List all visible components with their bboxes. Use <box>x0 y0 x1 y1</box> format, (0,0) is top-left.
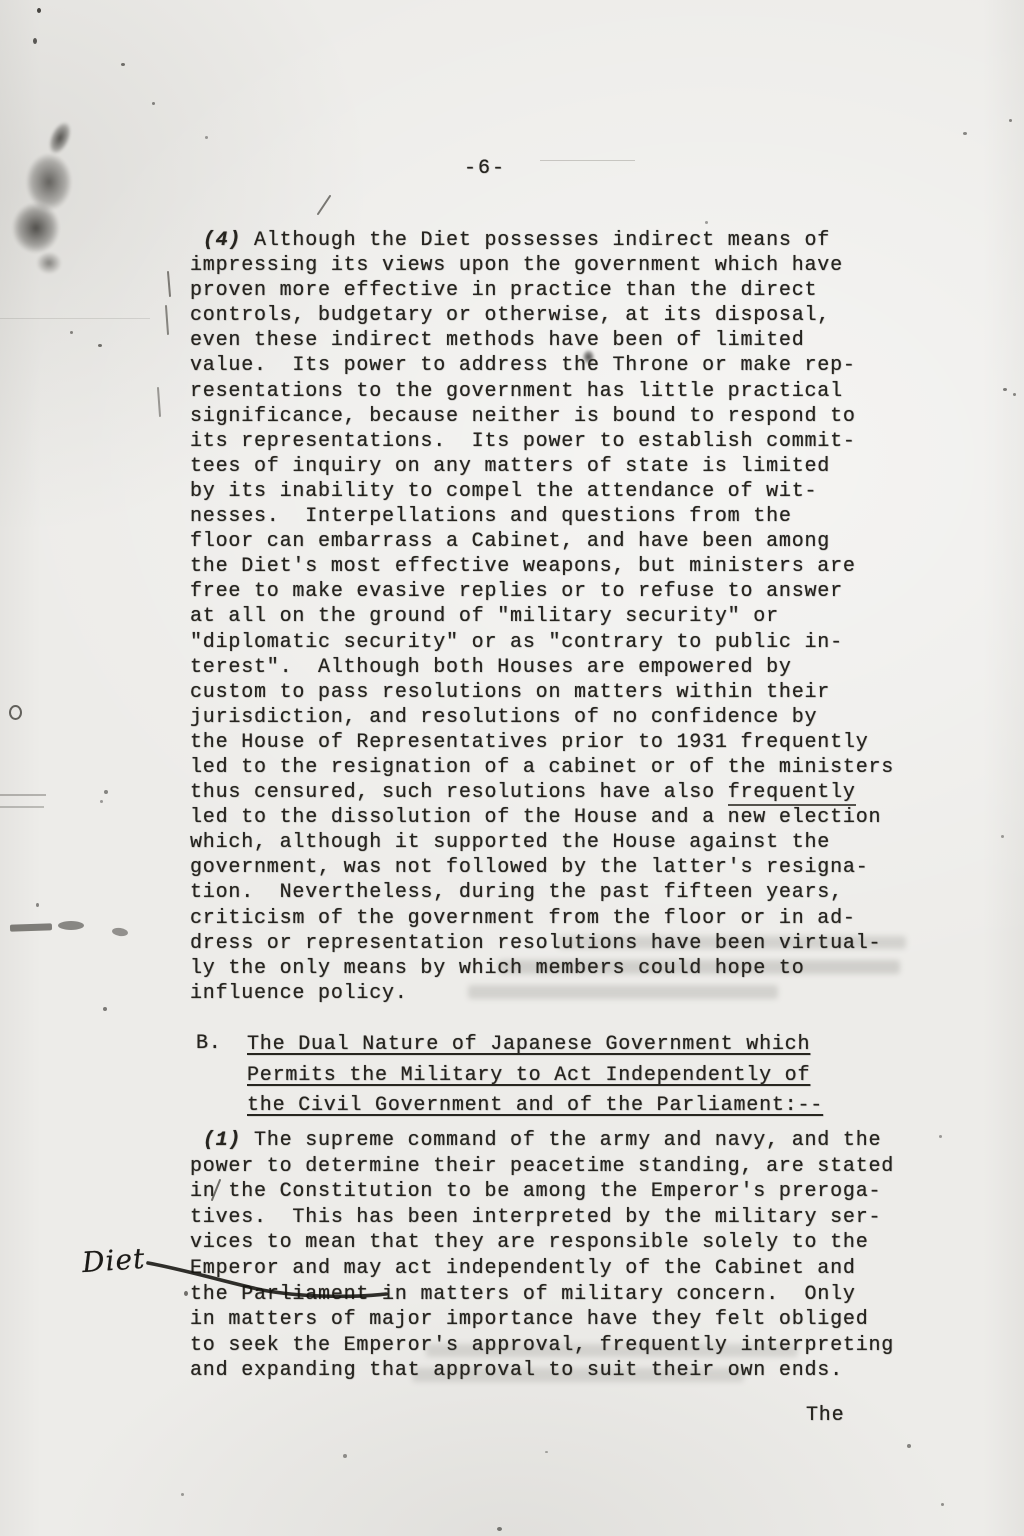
text-line: led to the dissolution of the House and … <box>190 805 894 830</box>
text-line: (1) The supreme command of the army and … <box>190 1128 894 1154</box>
paragraph-marker: (4) <box>203 229 241 252</box>
text-segment: frequently <box>728 781 856 804</box>
text-line: power to determine their peacetime stand… <box>190 1154 894 1180</box>
text-line: dress or representation resolutions have… <box>190 931 894 956</box>
text-line: even these indirect methods have been of… <box>190 328 894 353</box>
text-line: to seek the Emperor's approval, frequent… <box>190 1333 894 1359</box>
text-segment: thus censured, such resolutions have als… <box>190 781 728 804</box>
scratch-line <box>540 160 635 161</box>
text-line: the House of Representatives prior to 19… <box>190 730 894 755</box>
page-number: -6- <box>464 157 506 180</box>
catchword: The <box>806 1404 844 1427</box>
text-line: tives. This has been interpreted by the … <box>190 1205 894 1231</box>
text-line: at all on the ground of "military securi… <box>190 604 894 629</box>
ink-speck <box>705 221 708 224</box>
text-segment: the <box>190 1283 241 1306</box>
text-line: (4) Although the Diet possesses indirect… <box>190 228 894 253</box>
ink-speck <box>1003 388 1007 391</box>
text-segment: Although the Diet possesses indirect mea… <box>241 229 830 252</box>
text-line: custom to pass resolutions on matters wi… <box>190 680 894 705</box>
text-line: terest". Although both Houses are empowe… <box>190 655 894 680</box>
ink-speck <box>70 331 73 334</box>
ink-speck <box>37 8 41 13</box>
ink-ring-mark <box>9 705 22 720</box>
scratch-line <box>0 318 150 319</box>
text-line: Emperor and may act independently of the… <box>190 1256 894 1282</box>
ink-speck <box>1009 119 1012 122</box>
ink-smear <box>58 921 84 930</box>
ink-speck <box>545 1451 548 1453</box>
text-line: vices to mean that they are responsible … <box>190 1230 894 1256</box>
ink-speck <box>907 1444 911 1448</box>
text-segment: in matters of military concern. Only <box>369 1283 855 1306</box>
text-line: government, was not followed by the latt… <box>190 855 894 880</box>
ink-speck <box>939 1135 942 1138</box>
margin-tick <box>168 272 170 296</box>
text-line: value. Its power to address the Throne o… <box>190 353 894 378</box>
paragraph-marker: (1) <box>203 1129 241 1152</box>
text-line: the Parliament in matters of military co… <box>190 1282 894 1308</box>
ink-smear <box>112 927 129 937</box>
text-line: impressing its views upon the government… <box>190 253 894 278</box>
ink-smudge <box>32 248 66 278</box>
margin-tick <box>166 306 168 334</box>
ink-speck <box>100 800 103 803</box>
ink-speck <box>963 132 967 135</box>
text-line: led to the resignation of a cabinet or o… <box>190 755 894 780</box>
handwritten-margin-note-diet: Diet <box>81 1242 146 1279</box>
ink-speck <box>497 1527 502 1531</box>
scratch-line <box>0 806 44 808</box>
text-line: the Civil Government and of the Parliame… <box>247 1091 823 1122</box>
text-line: which, although it supported the House a… <box>190 830 894 855</box>
text-line: in the Constitution to be among the Empe… <box>190 1179 894 1205</box>
text-line: and expanding that approval to suit thei… <box>190 1358 894 1384</box>
text-segment <box>190 1129 203 1152</box>
text-line: floor can embarrass a Cabinet, and have … <box>190 529 894 554</box>
paragraph-a: (4) Although the Diet possesses indirect… <box>190 228 894 1006</box>
scratch-line <box>0 794 46 796</box>
text-line: significance, because neither is bound t… <box>190 404 894 429</box>
ink-speck <box>152 102 155 105</box>
paragraph-b1: (1) The supreme command of the army and … <box>190 1128 894 1384</box>
ink-speck <box>1001 835 1004 838</box>
ink-speck <box>343 1454 347 1458</box>
ink-speck <box>103 1007 107 1011</box>
text-line: its representations. Its power to establ… <box>190 429 894 454</box>
ink-speck <box>941 1503 944 1506</box>
text-line: tees of inquiry on any matters of state … <box>190 454 894 479</box>
ink-speck <box>36 903 39 907</box>
ink-speck <box>184 1291 188 1296</box>
ink-speck <box>1013 393 1016 396</box>
text-line: controls, budgetary or otherwise, at its… <box>190 303 894 328</box>
ink-speck <box>104 790 108 794</box>
text-line: by its inability to compel the attendanc… <box>190 479 894 504</box>
ink-speck <box>181 1493 184 1496</box>
text-line: the Diet's most effective weapons, but m… <box>190 554 894 579</box>
text-line: ly the only means by which members could… <box>190 956 894 981</box>
text-line: criticism of the government from the flo… <box>190 906 894 931</box>
scanned-document-page: -6- (4) Although the Diet possesses indi… <box>0 0 1024 1536</box>
struck-word: Parliament <box>241 1283 369 1306</box>
ink-speck <box>98 344 102 347</box>
ink-speck <box>205 136 208 139</box>
text-line: in matters of major importance have they… <box>190 1307 894 1333</box>
section-b-heading: The Dual Nature of Japanese Government w… <box>247 1030 823 1122</box>
text-line: resentations to the government has littl… <box>190 379 894 404</box>
text-line: tion. Nevertheless, during the past fift… <box>190 880 894 905</box>
text-line: proven more effective in practice than t… <box>190 278 894 303</box>
text-line: Permits the Military to Act Independentl… <box>247 1061 823 1092</box>
text-line: "diplomatic security" or as "contrary to… <box>190 630 894 655</box>
text-line: nesses. Interpellations and questions fr… <box>190 504 894 529</box>
ink-speck <box>121 63 125 66</box>
text-line: thus censured, such resolutions have als… <box>190 780 894 805</box>
text-segment: The supreme command of the army and navy… <box>241 1129 881 1152</box>
text-segment <box>190 229 203 252</box>
text-line: The Dual Nature of Japanese Government w… <box>247 1030 823 1061</box>
stray-pen-mark <box>318 196 330 214</box>
margin-tick <box>158 388 160 416</box>
ink-speck <box>33 38 37 44</box>
ink-smear <box>10 923 52 931</box>
text-line: jurisdiction, and resolutions of no conf… <box>190 705 894 730</box>
text-line: influence policy. <box>190 981 894 1006</box>
text-line: free to make evasive replies or to refus… <box>190 579 894 604</box>
section-b-label: B. <box>196 1032 222 1055</box>
